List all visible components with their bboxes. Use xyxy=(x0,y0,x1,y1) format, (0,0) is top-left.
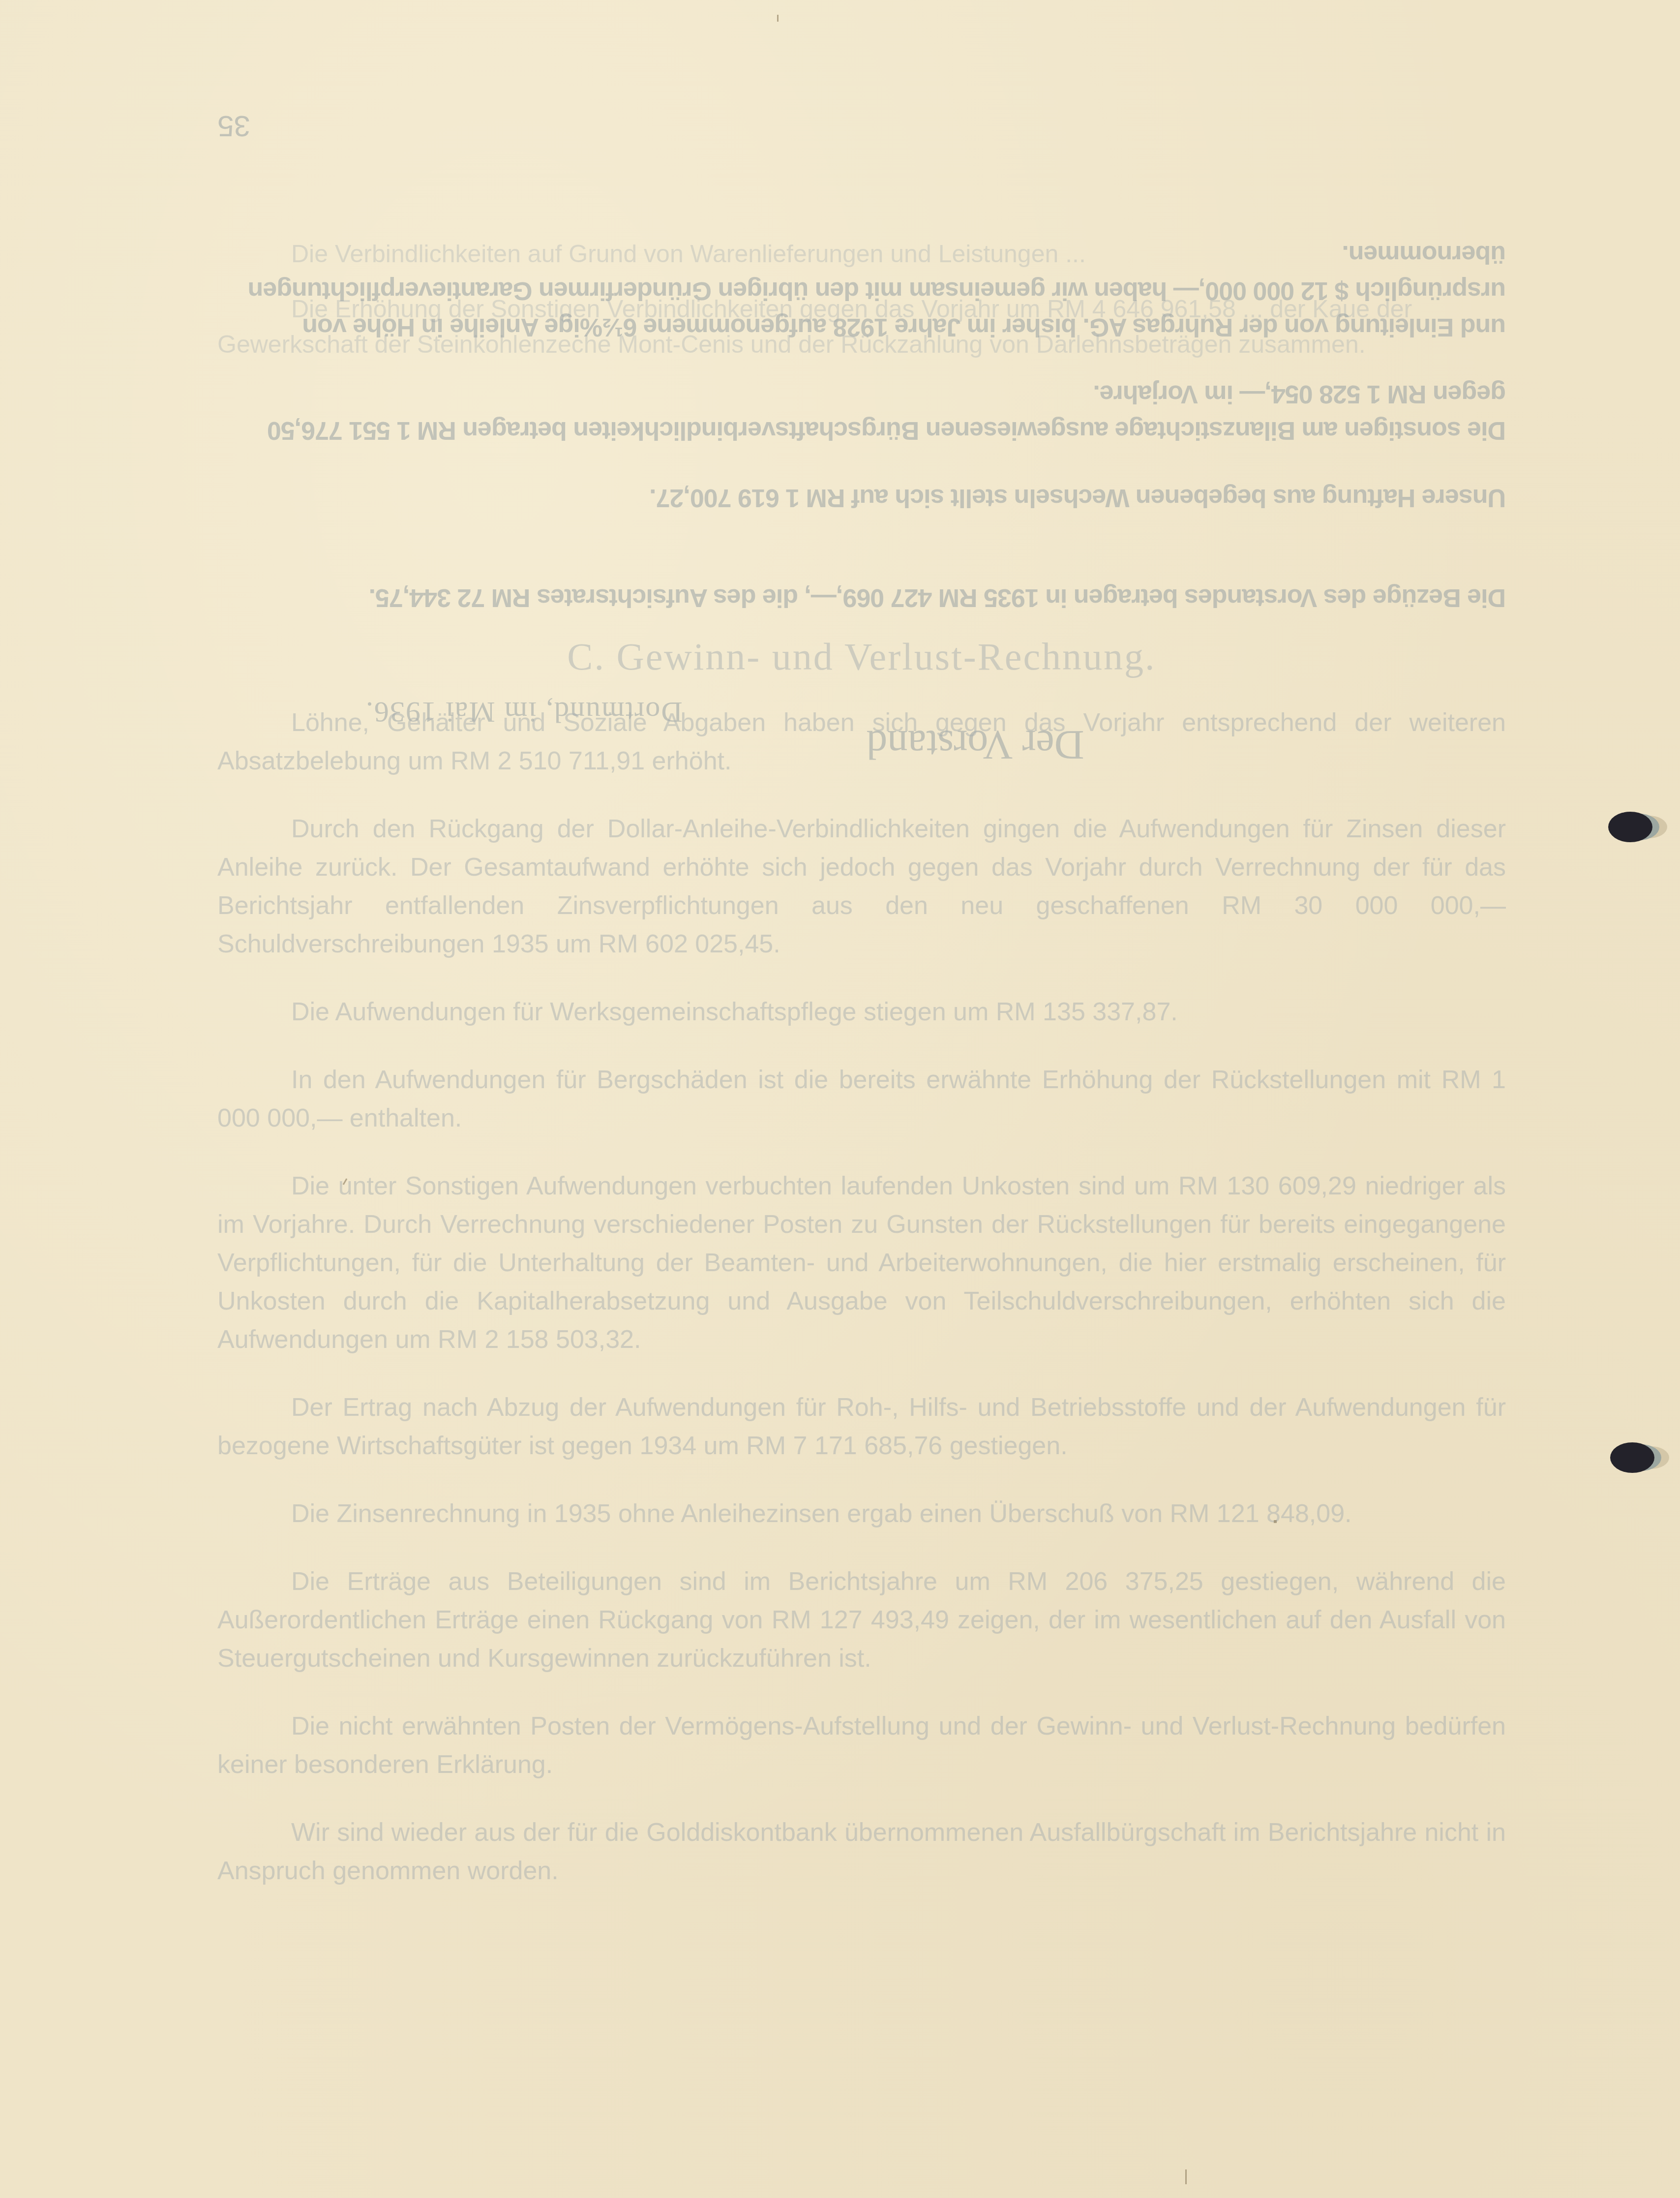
paragraph: Löhne, Gehälter und Soziale Abgaben habe… xyxy=(217,703,1506,780)
paper-speck xyxy=(1274,1520,1277,1523)
paragraph: Der Ertrag nach Abzug der Aufwendungen f… xyxy=(217,1388,1506,1465)
paragraph: Die unter Sonstigen Aufwendungen verbuch… xyxy=(217,1167,1506,1359)
paragraph: Die Aufwendungen für Werksgemeinschaftsp… xyxy=(217,993,1506,1031)
reverse-paragraph: Die Bezüge des Vorstandes betragen in 19… xyxy=(217,580,1506,616)
punch-hole xyxy=(1608,812,1652,842)
reverse-side-bleed: Dortmund, im Mai 1936. Der Vorstand Die … xyxy=(217,109,1506,724)
page-number: 35 xyxy=(217,109,250,143)
paragraph: Die nicht erwähnten Posten der Vermögens… xyxy=(217,1707,1506,1784)
paper-speck xyxy=(777,15,779,22)
punch-hole xyxy=(1610,1442,1654,1473)
reverse-paragraph: Die sonstigen am Bilanzstichtage ausgewi… xyxy=(217,376,1506,449)
section-heading: C. Gewinn- und Verlust-Rechnung. xyxy=(217,635,1506,679)
reverse-paragraph: Unsere Haftung aus begebenen Wechseln st… xyxy=(217,483,1506,513)
paragraph: Die Erträge aus Beteiligungen sind im Be… xyxy=(217,1562,1506,1678)
profit-loss-section: C. Gewinn- und Verlust-Rechnung. Löhne, … xyxy=(217,635,1506,1920)
paragraph: Die Zinsenrechnung in 1935 ohne Anleihez… xyxy=(217,1495,1506,1533)
reverse-paragraph: und Einleitung von der Ruhrgas AG. bishe… xyxy=(217,236,1506,345)
paragraph: In den Aufwendungen für Bergschäden ist … xyxy=(217,1061,1506,1137)
paper-speck xyxy=(1185,2169,1187,2184)
paragraph: Wir sind wieder aus der für die Golddisk… xyxy=(217,1813,1506,1890)
paragraph: Durch den Rückgang der Dollar-Anleihe-Ve… xyxy=(217,810,1506,963)
